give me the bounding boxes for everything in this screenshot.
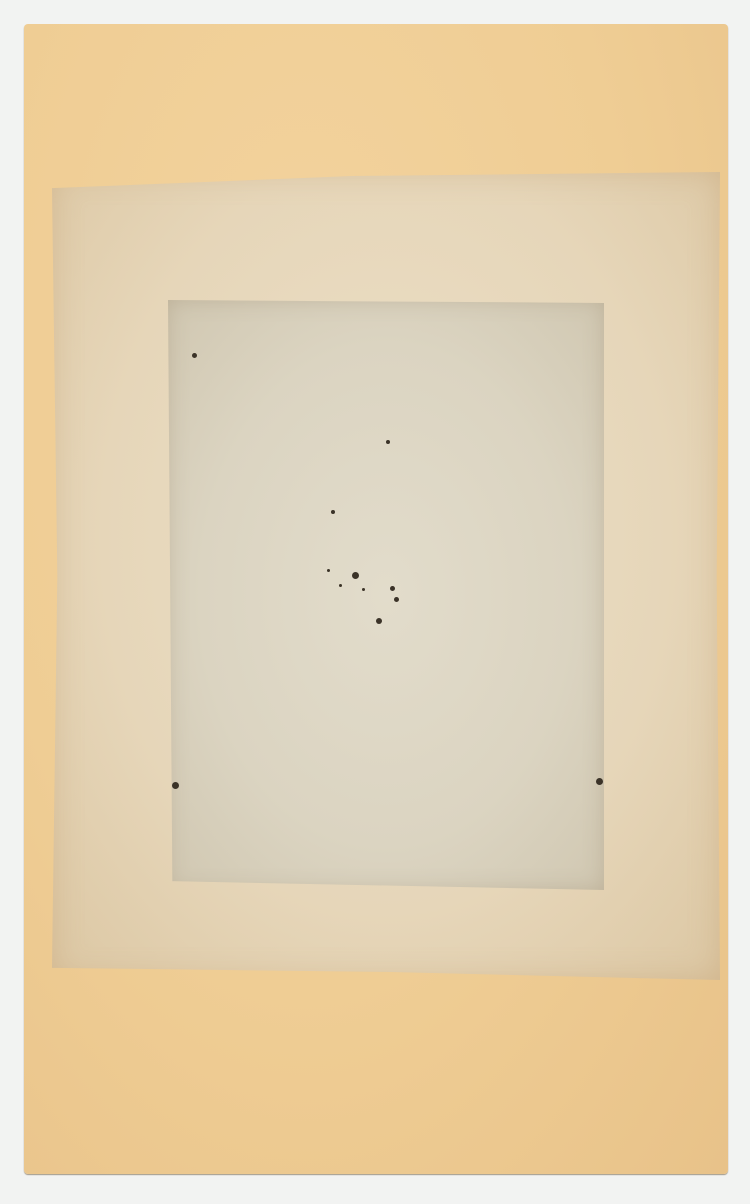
foxing-spot [172,782,179,789]
foxing-spot [390,586,395,591]
foxing-spot [327,569,330,572]
foxing-spot [352,572,359,579]
foxing-spot [362,588,365,591]
foxing-spot [331,510,335,514]
inner-paper-panel [168,300,604,890]
foxing-spot [386,440,390,444]
foxing-spot [339,584,342,587]
foxing-spot [394,597,399,602]
foxing-spot [596,778,603,785]
foxing-spot [192,353,197,358]
foxing-spot [376,618,382,624]
